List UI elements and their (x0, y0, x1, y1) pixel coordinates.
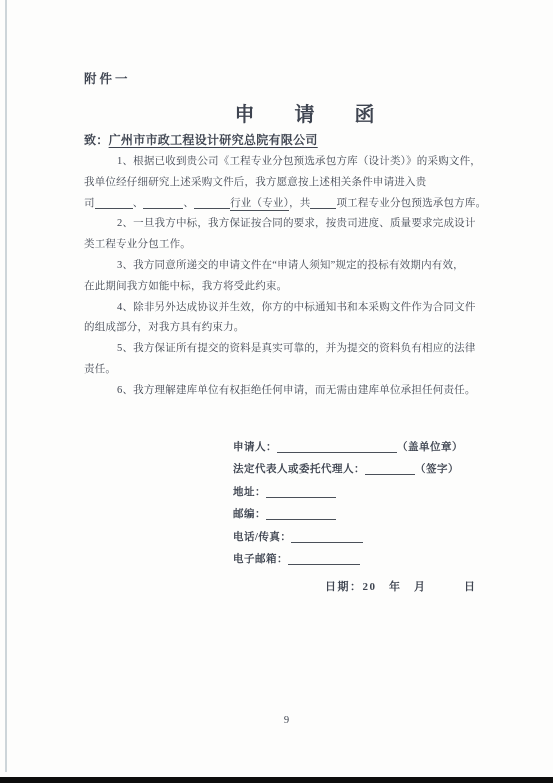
body-line: 6、我方理解建库单位有权拒绝任何申请，而无需由建库单位承担任何责任。 (84, 381, 514, 402)
blank-field-phone-fax (291, 530, 363, 543)
address-label: 地址： (233, 487, 266, 498)
legal-representative-label: 法定代表人或委托代理人： (233, 464, 365, 475)
body-line: 的组成部分，对我方具有约束力。 (84, 318, 514, 339)
scan-bottom-edge (0, 777, 553, 783)
body-line: 1、根据已收到贵公司《工程专业分包预选承包方库（设计类）》的采购文件， (84, 152, 514, 173)
document-page: 附件一 申 请 函 致：广州市市政工程设计研究总院有限公司 1、根据已收到贵公司… (0, 0, 553, 783)
legal-representative-row: 法定代表人或委托代理人：（签字） (233, 459, 463, 481)
attachment-label: 附件一 (84, 69, 131, 87)
recipient-prefix: 致： (84, 133, 109, 147)
industry-blanks-line: 司、、行业（专业），共项工程专业分包预选承包方库。 (84, 194, 514, 215)
date-line: 日期：20 年 月 日 (325, 578, 477, 594)
applicant-row: 申请人：（盖单位章） (233, 437, 463, 459)
body-line: 类工程专业分包工作。 (84, 235, 514, 256)
recipient-line: 致：广州市市政工程设计研究总院有限公司 (84, 131, 318, 148)
industry-label: 行业（专业） (230, 198, 289, 211)
body-line: 5、我方保证所有提交的资料是真实可靠的，并为提交的资料负有相应的法律 (84, 339, 514, 360)
postcode-label: 邮编： (233, 509, 266, 520)
address-row: 地址： (233, 482, 463, 504)
body-line: 2、一旦我方中标，我方保证按合同的要求，按贵司进度、质量要求完成设计 (84, 214, 514, 235)
signature-block: 申请人：（盖单位章） 法定代表人或委托代理人：（签字） 地址： 邮编： 电话/传… (233, 437, 463, 571)
recipient-company: 广州市市政工程设计研究总院有限公司 (109, 133, 318, 147)
phone-fax-row: 电话/传真： (233, 527, 463, 549)
body-line: 4、除非另外达成协议并生效，你方的中标通知书和本采购文件作为合同文件 (84, 298, 514, 319)
document-body: 1、根据已收到贵公司《工程专业分包预选承包方库（设计类）》的采购文件， 我单位经… (84, 152, 514, 402)
blank-field-applicant (277, 440, 397, 453)
body-line: 3、我方同意所递交的申请文件在“申请人须知”规定的投标有效期内有效， (84, 256, 514, 277)
body-line: 在此期间我方如能中标，我方将受此约束。 (84, 277, 514, 298)
blank-line-suffix: 项工程专业分包预选承包方库。 (336, 198, 486, 209)
blank-field-address (266, 485, 336, 498)
blank-field-email (288, 552, 360, 565)
legal-sign-note: （签字） (415, 464, 459, 475)
phone-fax-label: 电话/传真： (233, 532, 291, 543)
document-title: 申 请 函 (28, 98, 553, 127)
scan-left-edge (5, 0, 7, 772)
blank-line-separator: 、 (183, 198, 194, 209)
body-line: 我单位经仔细研究上述采购文件后，我方愿意按上述相关条件申请进入贵 (84, 173, 514, 194)
blank-field-industry-1 (95, 197, 133, 209)
body-line: 责任。 (84, 360, 514, 381)
email-label: 电子邮箱： (233, 554, 288, 565)
blank-field-legal-representative (365, 462, 415, 475)
applicant-seal-note: （盖单位章） (397, 442, 463, 453)
blank-field-industry-2 (143, 197, 183, 209)
email-row: 电子邮箱： (233, 549, 463, 571)
blank-field-count (310, 197, 336, 209)
blank-line-prefix: 司 (84, 198, 95, 209)
applicant-label: 申请人： (233, 442, 277, 453)
blank-field-postcode (266, 507, 336, 520)
postcode-row: 邮编： (233, 504, 463, 526)
page-number: 9 (10, 715, 553, 726)
blank-line-separator: 、 (133, 198, 144, 209)
blank-field-industry-3 (194, 197, 230, 209)
blank-line-mid: ，共 (289, 198, 310, 209)
